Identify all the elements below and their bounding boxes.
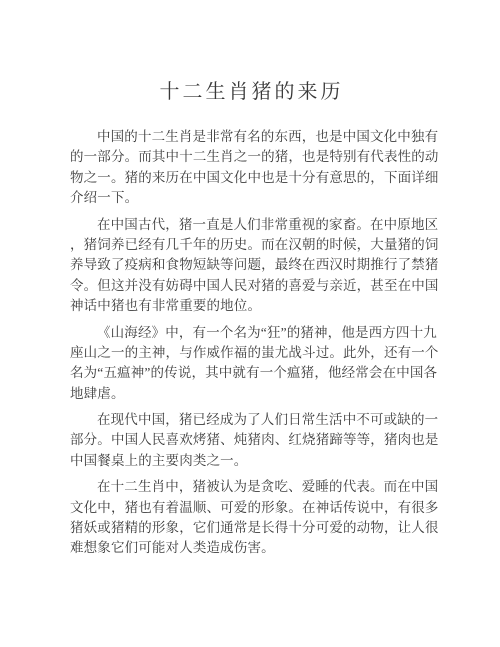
text-line: 物之一。猪的来历在中国文化中也是十分有意思的，下面详细 [70,168,440,188]
text-line: 令。但这并没有妨碍中国人民对猪的喜爱与亲近，甚至在中国 [70,276,440,296]
text-line: 部分。中国人民喜欢烤猪、炖猪肉、红烧猪蹄等等，猪肉也是 [70,430,440,450]
paragraph-intro: 中国的十二生肖是非常有名的东西，也是中国文化中独有 的一部分。而其中十二生肖之一… [70,127,440,209]
text-line: 介绍一下。 [70,188,440,208]
text-line: 中国的十二生肖是非常有名的东西，也是中国文化中独有 [70,127,440,147]
text-line: 神话中猪也有非常重要的地位。 [70,296,440,316]
text-line: ，猪饲养已经有几千年的历史。而在汉朝的时候，大量猪的饲 [70,235,440,255]
text-line: 在中国古代，猪一直是人们非常重视的家畜。在中原地区 [70,215,440,235]
text-line: 《山海经》中，有一个名为“狂”的猪神，他是西方四十九 [70,323,440,343]
paragraph-ancient-china: 在中国古代，猪一直是人们非常重视的家畜。在中原地区 ，猪饲养已经有几千年的历史。… [70,215,440,317]
paragraph-zodiac-image: 在十二生肖中，猪被认为是贪吃、爱睡的代表。而在中国 文化中，猪也有着温顺、可爱的… [70,477,440,559]
paragraph-modern-china: 在现代中国，猪已经成为了人们日常生活中不可或缺的一 部分。中国人民喜欢烤猪、炖猪… [70,410,440,471]
paragraph-mythology: 《山海经》中，有一个名为“狂”的猪神，他是西方四十九 座山之一的主神，与作威作福… [70,323,440,405]
page-title: 十二生肖猪的来历 [0,78,500,106]
text-line: 地肆虐。 [70,384,440,404]
text-line: 座山之一的主神，与作威作福的蚩尤战斗过。此外，还有一个 [70,343,440,363]
text-line: 猪妖或猪精的形象，它们通常是长得十分可爱的动物，让人很 [70,518,440,538]
text-line: 名为“五瘟神”的传说，其中就有一个瘟猪，他经常会在中国各 [70,363,440,383]
text-line: 难想象它们可能对人类造成伤害。 [70,538,440,558]
text-line: 文化中，猪也有着温顺、可爱的形象。在神话传说中，有很多 [70,498,440,518]
text-line: 在现代中国，猪已经成为了人们日常生活中不可或缺的一 [70,410,440,430]
text-line: 的一部分。而其中十二生肖之一的猪，也是特别有代表性的动 [70,147,440,167]
document-body: 中国的十二生肖是非常有名的东西，也是中国文化中独有 的一部分。而其中十二生肖之一… [70,127,440,559]
text-line: 养导致了疫病和食物短缺等问题，最终在西汉时期推行了禁猪 [70,255,440,275]
document-page: 十二生肖猪的来历 中国的十二生肖是非常有名的东西，也是中国文化中独有 的一部分。… [0,0,500,647]
text-line: 在十二生肖中，猪被认为是贪吃、爱睡的代表。而在中国 [70,477,440,497]
text-line: 中国餐桌上的主要肉类之一。 [70,451,440,471]
